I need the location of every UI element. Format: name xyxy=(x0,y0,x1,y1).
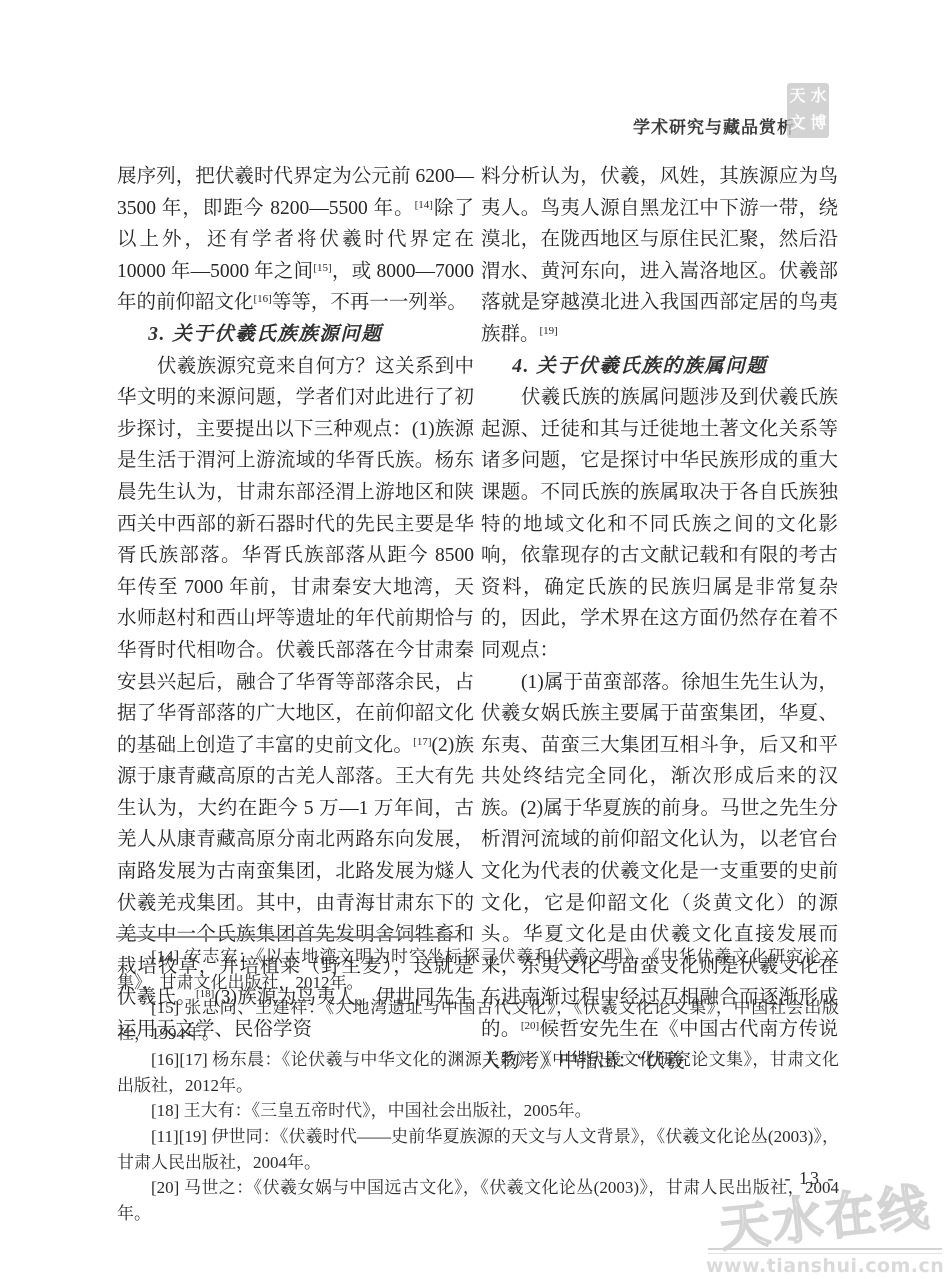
footnote-reference: [16] xyxy=(254,293,272,305)
museum-seal-icon: 天 水 文 博 xyxy=(787,83,829,138)
document-page: 学术研究与藏品赏析 天 水 文 博 展序列，把伏羲时代界定为公元前 6200—3… xyxy=(0,0,950,1279)
body-paragraph: 伏羲族源究竟来自何方？这关系到中华文明的来源问题，学者们对此进行了初步探讨，主要… xyxy=(117,351,474,1046)
seal-char: 博 xyxy=(810,116,826,132)
footnote-reference: [19] xyxy=(540,325,558,337)
footnote-item: [16][17] 杨东晨：《论伏羲与中华文化的渊源关系》，《中华伏羲文化研究论文… xyxy=(117,1047,839,1098)
footnote-item: [11][19] 伊世同：《伏羲时代——史前华夏族源的天文与人文背景》，《伏羲文… xyxy=(117,1124,839,1175)
section-heading: 4. 关于伏羲氏族的族属问题 xyxy=(481,351,838,383)
footnote-item: [14] 安志宏：《以大地湾文明为时空坐标探寻伏羲和伏羲文明》，《中华伏羲文化研… xyxy=(117,944,839,995)
right-text-column: 料分析认为，伏羲，风姓，其族源应为鸟夷人。鸟夷人源自黑龙江中下游一带，绕漠北，在… xyxy=(481,161,838,1077)
seal-char: 文 xyxy=(789,116,805,132)
page-header-title: 学术研究与藏品赏析 xyxy=(633,113,795,138)
body-paragraph: 伏羲氏族的族属问题涉及到伏羲氏族起源、迁徒和其与迁徙地土著文化关系等诸多问题，它… xyxy=(481,382,838,666)
footnote-item: [18] 王大有：《三皇五帝时代》，中国社会出版社，2005年。 xyxy=(117,1098,839,1124)
footnote-item: [15] 张忠尚、王建祥：《大地湾遗址与中国古代文化》，《伏羲文化论文集》，中国… xyxy=(117,995,839,1046)
seal-char: 水 xyxy=(810,89,826,105)
body-paragraph: 展序列，把伏羲时代界定为公元前 6200—3500 年，即距今 8200—550… xyxy=(117,161,474,319)
section-heading: 3. 关于伏羲氏族族源问题 xyxy=(117,319,474,351)
watermark: 天水在线 www.tianshui.com.cn xyxy=(706,1178,944,1277)
footnote-reference: [14] xyxy=(415,199,433,211)
body-paragraph: 料分析认为，伏羲，风姓，其族源应为鸟夷人。鸟夷人源自黑龙江中下游一带，绕漠北，在… xyxy=(481,161,838,351)
seal-char: 天 xyxy=(789,89,805,105)
footnote-separator-line xyxy=(116,936,457,938)
footnote-reference: [15] xyxy=(313,262,331,274)
footnote-reference: [17] xyxy=(413,736,431,748)
left-text-column: 展序列，把伏羲时代界定为公元前 6200—3500 年，即距今 8200—550… xyxy=(117,161,474,1046)
